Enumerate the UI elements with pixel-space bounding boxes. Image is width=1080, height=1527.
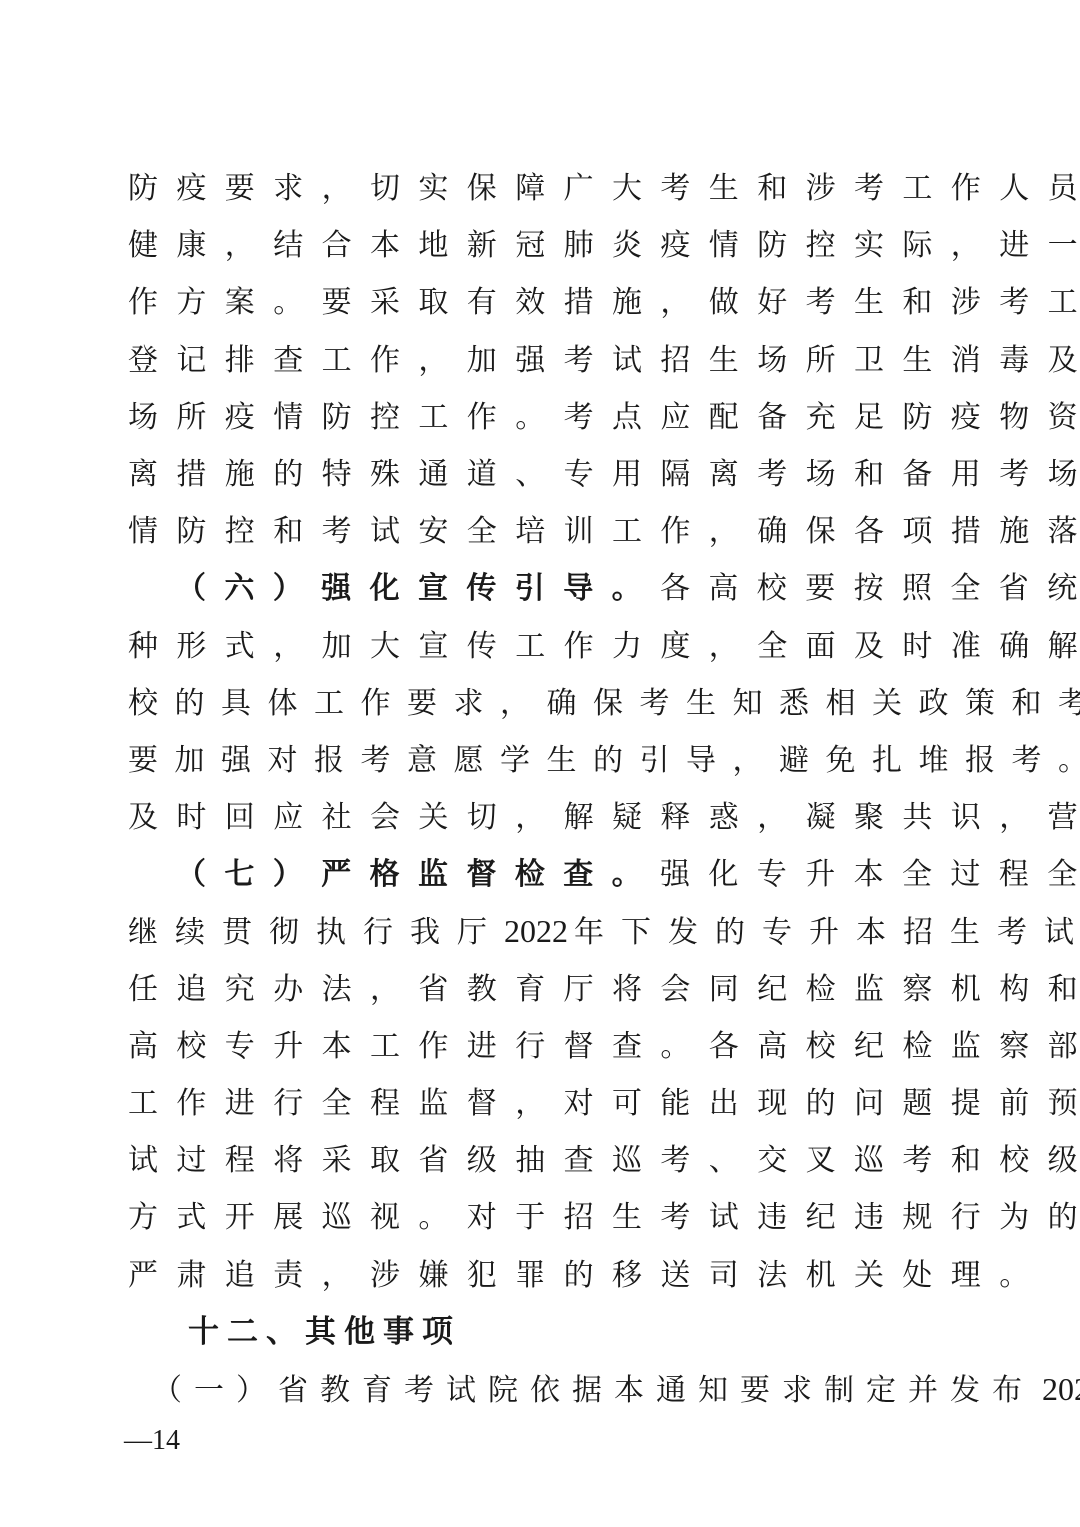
paragraph-line: 离措施的特殊通道、专用隔离考场和备用考场。做好考务人员疫: [128, 446, 954, 503]
section-7-first-line: （七）严格监督检查。强化专升本全过程全链条监督检查，: [128, 846, 954, 903]
year-span: 2022: [504, 913, 568, 949]
paragraph-line: 防疫要求，切实保障广大考生和涉考工作人员的生命安全和身体: [128, 160, 954, 217]
paragraph-line: 继续贯彻执行我厅2022年下发的专升本招生考试工作责任制及责: [128, 903, 954, 960]
year-span: 2023: [1034, 1371, 1080, 1407]
paragraph-line: 校的具体工作要求，确保考生知悉相关政策和考试招生工作安排。: [128, 675, 954, 732]
section-heading-12: 十二、其他事项: [128, 1304, 954, 1361]
paragraph-line: 高校专升本工作进行督查。各高校纪检监察部门要对本校专升本: [128, 1018, 954, 1075]
section-6-first-line: （六）强化宣传引导。各高校要按照全省统一口径，通过多: [128, 560, 954, 617]
document-body: 防疫要求，切实保障广大考生和涉考工作人员的生命安全和身体 健康，结合本地新冠肺炎…: [128, 160, 954, 1418]
page-number: —14: [124, 1425, 180, 1457]
text-span: 年下发的专升本招生考试工作责任制及责: [568, 915, 1080, 950]
paragraph-line: 情防控和考试安全培训工作，确保各项措施落实到位。: [128, 503, 954, 560]
paragraph-line: 种形式，加大宣传工作力度，全面及时准确解读专升本政策和本: [128, 618, 954, 675]
paragraph-line: 健康，结合本地新冠肺炎疫情防控实际，进一步细化组考防疫工: [128, 217, 954, 274]
text-span: 继续贯彻执行我厅: [128, 915, 504, 950]
paragraph-line: 工作进行全程监督，对可能出现的问题提前预警、督促整改。考: [128, 1075, 954, 1132]
section-6-text: 各高校要按照全省统一口径，通过多: [660, 571, 1080, 606]
section-6-title: （六）强化宣传引导。: [176, 571, 660, 606]
paragraph-line: 场所疫情防控工作。考点应配备充足防疫物资，设置具备防护隔: [128, 389, 954, 446]
section-12-1-line: （一）省教育考试院依据本通知要求制定并发布2023年普通高: [128, 1361, 954, 1418]
paragraph-line: 作方案。要采取有效措施，做好考生和涉考工作人员健康监测和: [128, 274, 954, 331]
paragraph-line: 要加强对报考意愿学生的引导，避免扎堆报考。要密切关注舆情，: [128, 732, 954, 789]
paragraph-line: 试过程将采取省级抽查巡考、交叉巡考和校级常规巡考相结合的: [128, 1132, 954, 1189]
paragraph-line: 登记排查工作，加强考试招生场所卫生消毒及命题、制卷、评卷: [128, 332, 954, 389]
text-span: （一）省教育考试院依据本通知要求制定并发布: [152, 1373, 1034, 1408]
paragraph-line: 方式开展巡视。对于招生考试违纪违规行为的责任人，依法依规: [128, 1189, 954, 1246]
paragraph-line: 严肃追责，涉嫌犯罪的移送司法机关处理。: [128, 1247, 954, 1304]
paragraph-line: 及时回应社会关切，解疑释惑，凝聚共识，营造良好社会氛围。: [128, 789, 954, 846]
document-page: 防疫要求，切实保障广大考生和涉考工作人员的生命安全和身体 健康，结合本地新冠肺炎…: [0, 0, 1080, 1527]
paragraph-line: 任追究办法，省教育厅将会同纪检监察机构和招生考试机构对各: [128, 961, 954, 1018]
section-7-text: 强化专升本全过程全链条监督检查，: [660, 857, 1080, 892]
section-7-title: （七）严格监督检查。: [176, 857, 660, 892]
